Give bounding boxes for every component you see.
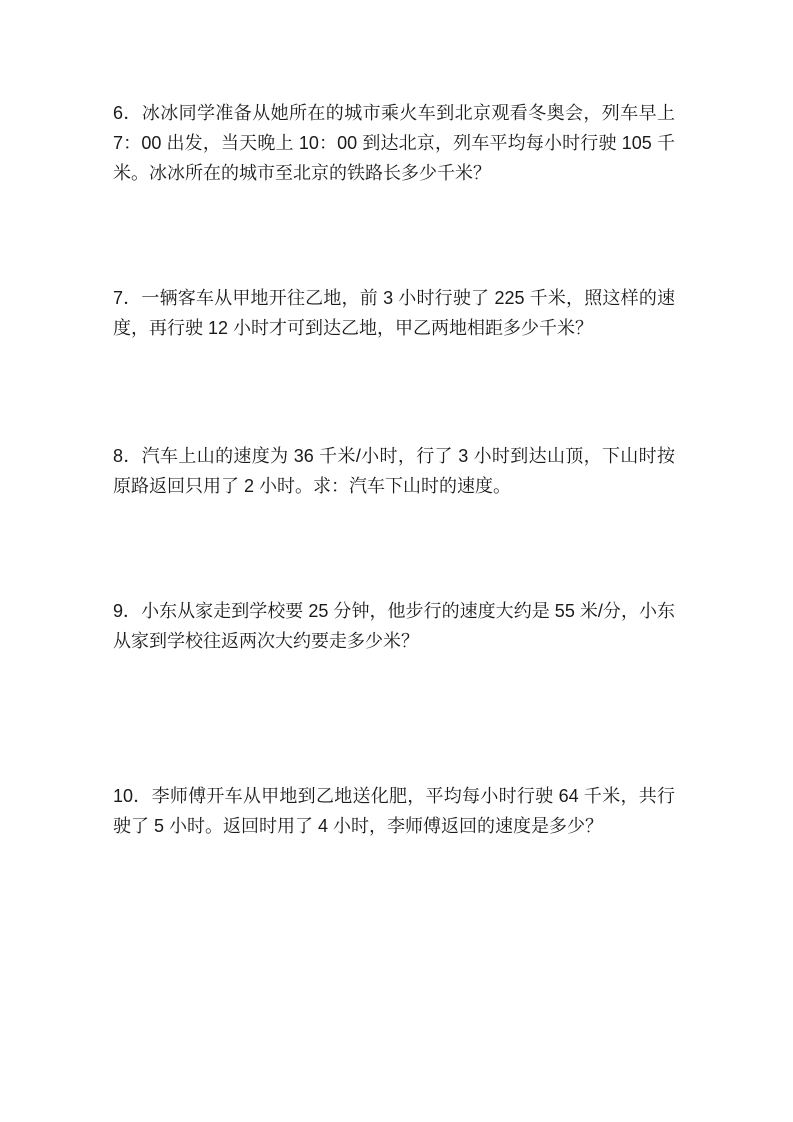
problem-8-number: 8． [113, 446, 142, 466]
problem-10-number: 10． [113, 786, 152, 806]
problem-6: 6．冰冰同学准备从她所在的城市乘火车到北京观看冬奥会，列车早上 7：00 出发，… [113, 98, 675, 188]
problem-7-number: 7． [113, 288, 141, 308]
problem-8: 8．汽车上山的速度为 36 千米/小时，行了 3 小时到达山顶，下山时按原路返回… [113, 441, 675, 501]
problem-6-text: 冰冰同学准备从她所在的城市乘火车到北京观看冬奥会，列车早上 7：00 出发，当天… [113, 103, 675, 183]
problem-9-text: 小东从家走到学校要 25 分钟，他步行的速度大约是 55 米/分，小东从家到学校… [113, 601, 675, 651]
problem-7-text: 一辆客车从甲地开往乙地，前 3 小时行驶了 225 千米，照这样的速度，再行驶 … [113, 288, 675, 338]
problem-9-number: 9． [113, 601, 141, 621]
problem-7: 7．一辆客车从甲地开往乙地，前 3 小时行驶了 225 千米，照这样的速度，再行… [113, 283, 675, 343]
problem-8-text: 汽车上山的速度为 36 千米/小时，行了 3 小时到达山顶，下山时按原路返回只用… [113, 446, 675, 496]
problem-9: 9．小东从家走到学校要 25 分钟，他步行的速度大约是 55 米/分，小东从家到… [113, 596, 675, 656]
worksheet-page: 6．冰冰同学准备从她所在的城市乘火车到北京观看冬奥会，列车早上 7：00 出发，… [0, 0, 793, 1122]
problem-6-number: 6． [113, 103, 142, 123]
problem-10-text: 李师傅开车从甲地到乙地送化肥，平均每小时行驶 64 千米，共行驶了 5 小时。返… [113, 786, 675, 836]
problem-10: 10．李师傅开车从甲地到乙地送化肥，平均每小时行驶 64 千米，共行驶了 5 小… [113, 781, 675, 841]
